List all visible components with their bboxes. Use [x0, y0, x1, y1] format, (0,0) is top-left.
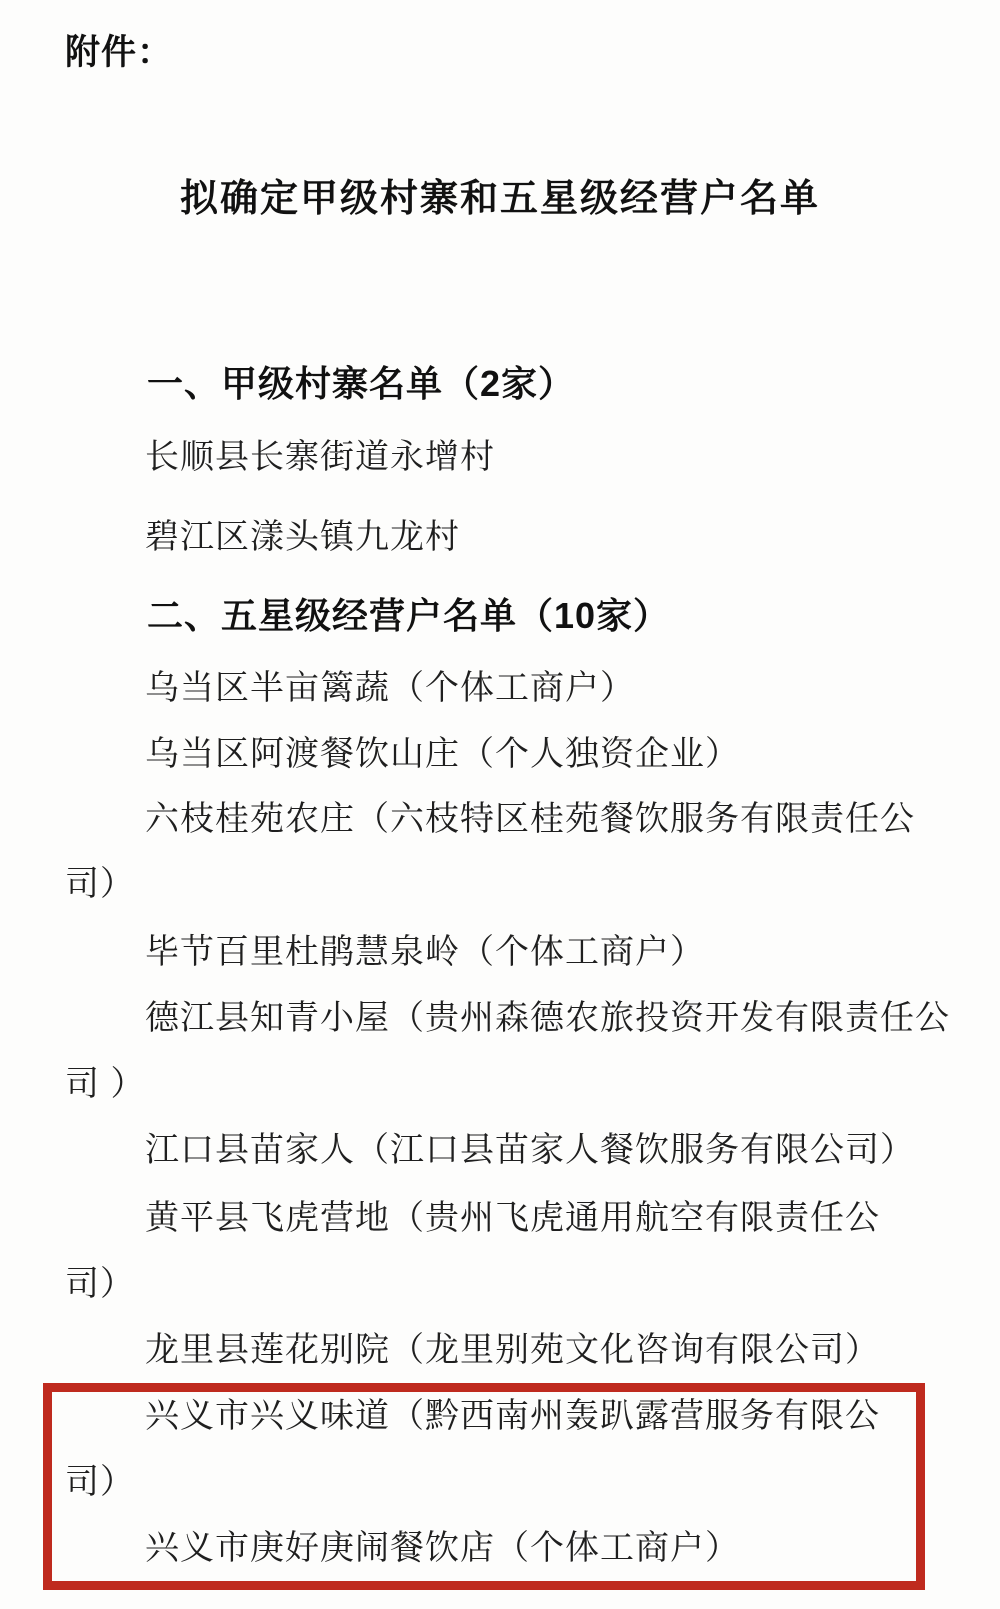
attachment-label: 附件： [65, 33, 173, 73]
operator-item-wrap: 司） [65, 1265, 135, 1304]
operator-item: 毕节百里杜鹃慧泉岭（个体工商户） [145, 933, 705, 972]
operator-item-highlighted: 兴义市兴义味道（黔西南州轰趴露营服务有限公 [145, 1397, 880, 1436]
operator-item-wrap-highlighted: 司） [65, 1463, 135, 1502]
document-title: 拟确定甲级村寨和五星级经营户名单 [0, 178, 1000, 222]
village-item: 长顺县长寨街道永增村 [145, 438, 495, 477]
village-item: 碧江区漾头镇九龙村 [145, 518, 460, 557]
operator-item: 乌当区阿渡餐饮山庄（个人独资企业） [145, 735, 740, 774]
operator-item: 六枝桂苑农庄（六枝特区桂苑餐饮服务有限责任公 [145, 800, 915, 839]
operator-item-highlighted: 兴义市庚好庚闹餐饮店（个体工商户） [145, 1529, 740, 1568]
operator-item-wrap: 司 ） [65, 1065, 145, 1104]
operator-item: 德江县知青小屋（贵州森德农旅投资开发有限责任公 [145, 999, 950, 1038]
operator-item: 龙里县莲花别院（龙里别苑文化咨询有限公司） [145, 1331, 880, 1370]
operator-item-wrap: 司） [65, 865, 135, 904]
operator-item: 黄平县飞虎营地（贵州飞虎通用航空有限责任公 [145, 1199, 880, 1238]
section2-heading: 二、五星级经营户名单（10家） [147, 595, 670, 636]
operator-item: 江口县苗家人（江口县苗家人餐饮服务有限公司） [145, 1131, 915, 1170]
operator-item: 乌当区半亩篱蔬（个体工商户） [145, 669, 635, 708]
section1-heading: 一、甲级村寨名单（2家） [147, 363, 575, 404]
